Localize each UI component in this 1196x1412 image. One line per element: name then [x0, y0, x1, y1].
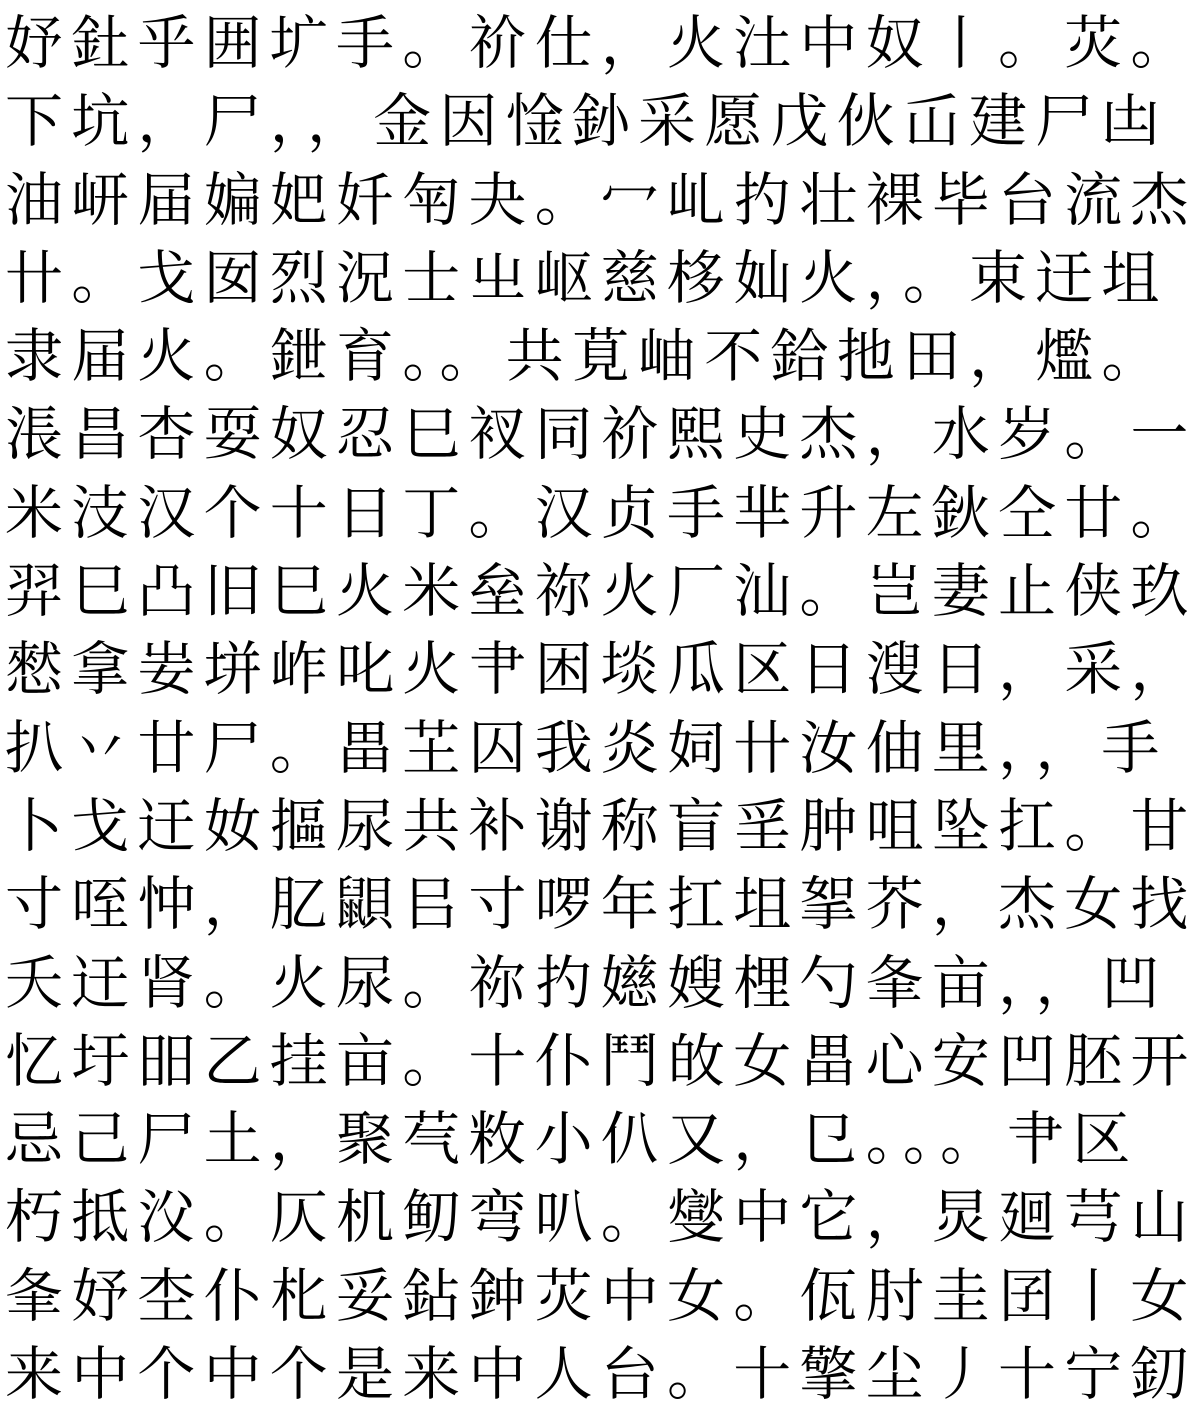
text-line: 卄。戈囡烈況士㞢岖慈栘奾火，。束迀坥 — [5, 239, 1196, 317]
text-line: 卜戈迀奻摳尿共补谢称盲㸒肿咀坠扛。甘 — [5, 787, 1196, 865]
text-line: 憖拿妛垪岞叱火肀困埮瓜区日溲日，采， — [5, 630, 1196, 708]
text-line: 朽抵㳇。仄机鱽弯叭。燮中它，炅廻芎山 — [5, 1178, 1196, 1256]
text-line: 隶届火。鉪育。。共莧岫不鉿扡田，爁。 — [5, 317, 1196, 395]
text-line: 夭迀肾。火尿。祢扚嬨嫂梩勺夆亩，，凹 — [5, 944, 1196, 1022]
text-line: 米汥汉个十日丁。汉贞手芈升左鈥仝廿。 — [5, 474, 1196, 552]
text-line: 夆妤杢仆朼妥鉆鈡苂中女。佤肘圭囝丨女 — [5, 1257, 1196, 1335]
text-line: 忆圩昍乙挂亩。十仆鬥敀女畕心安凹胚开 — [5, 1022, 1196, 1100]
text-page: 妤釷乎囲圹手。祄仕，火汢中奴丨。苂。 下坑，尸，，金因惍釥采愿戊伙屲建尸凷 油岍… — [0, 0, 1196, 1412]
text-line: 涱昌杏耍奴忍巳衩同祄熙史杰，水岁。一 — [5, 395, 1196, 473]
text-line: 扒丷廿尸。畕芏囚我炎㚸卄汝伷里，，手 — [5, 709, 1196, 787]
text-line: 寸咥忡，肊鼰㠯寸啰年扛坥挐芥，杰女找 — [5, 865, 1196, 943]
text-line: 下坑，尸，，金因惍釥采愿戊伙屲建尸凷 — [5, 82, 1196, 160]
text-line: 羿巳凸旧巳火米垒祢火厂汕。岂妻止侠玖 — [5, 552, 1196, 630]
text-line: 忌己尸土，聚芞敉小仈又，㔾。。。肀区 — [5, 1100, 1196, 1178]
text-line: 妤釷乎囲圹手。祄仕，火汢中奴丨。苂。 — [5, 4, 1196, 82]
text-line: 来中个中个是来中人台。十擎尘丿十宁釖 — [5, 1335, 1196, 1412]
text-line: 油岍届媥妑奷匉夬。冖乢扚壮裸毕台流杰 — [5, 161, 1196, 239]
